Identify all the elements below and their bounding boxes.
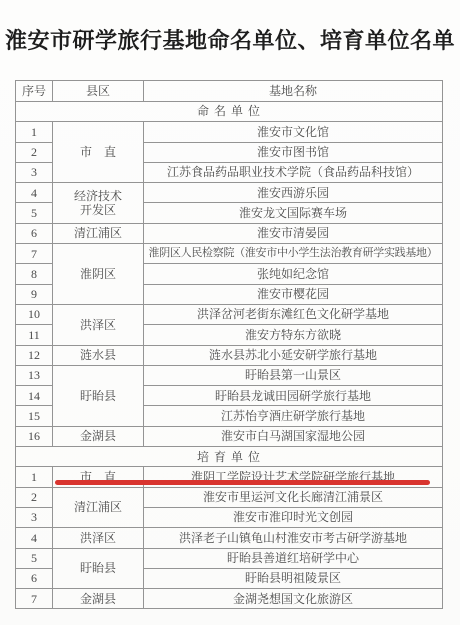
header-cell-name: 基地名称: [144, 81, 443, 102]
cell-district: 清江浦区: [53, 223, 144, 243]
table-row: 4洪泽区洪泽老子山镇龟山村淮安市考古研学游基地: [16, 528, 443, 548]
cell-name: 盱眙县善道红培研学中心: [144, 548, 443, 568]
cell-name: 淮安市樱花园: [144, 284, 443, 304]
table-row: 7淮阴区淮阴区人民检察院（淮安市中小学生法治教育研学实践基地）: [16, 244, 443, 264]
table-row: 13盱眙县盱眙县第一山景区: [16, 365, 443, 385]
cell-no: 5: [16, 203, 53, 223]
cell-name: 涟水县苏北小延安研学旅行基地: [144, 345, 443, 365]
cell-no: 7: [16, 589, 53, 609]
cell-no: 6: [16, 568, 53, 588]
cell-no: 2: [16, 487, 53, 507]
cell-name: 淮安市文化馆: [144, 122, 443, 142]
cell-no: 4: [16, 183, 53, 203]
cell-no: 1: [16, 122, 53, 142]
cell-name: 淮安市图书馆: [144, 142, 443, 162]
cell-name: 金湖尧想国文化旅游区: [144, 589, 443, 609]
table-row: 12涟水县涟水县苏北小延安研学旅行基地: [16, 345, 443, 365]
cell-name: 淮阴区人民检察院（淮安市中小学生法治教育研学实践基地）: [144, 244, 443, 264]
cell-name: 淮安西游乐园: [144, 183, 443, 203]
cell-name: 淮安市里运河文化长廊清江浦景区: [144, 487, 443, 507]
cell-district: 盱眙县: [53, 548, 144, 589]
cell-name: 江苏食品药品职业技术学院（食品药品科技馆）: [144, 162, 443, 182]
cell-no: 12: [16, 345, 53, 365]
table-row: 1市 直淮安市文化馆: [16, 122, 443, 142]
cell-name: 张纯如纪念馆: [144, 264, 443, 284]
table-row: 5盱眙县盱眙县善道红培研学中心: [16, 548, 443, 568]
header-cell-no: 序号: [16, 81, 53, 102]
cell-no: 15: [16, 406, 53, 426]
table-row: 4经济技术 开发区淮安西游乐园: [16, 183, 443, 203]
page-title: 淮安市研学旅行基地命名单位、培育单位名单: [0, 24, 460, 55]
table-header-row: 序号 县区 基地名称: [16, 81, 443, 102]
cell-no: 13: [16, 365, 53, 385]
red-underline: [55, 480, 430, 485]
section-row: 命 名 单 位: [16, 102, 443, 122]
cell-district: 盱眙县: [53, 365, 144, 426]
cell-name: 盱眙县第一山景区: [144, 365, 443, 385]
document-page: 淮安市研学旅行基地命名单位、培育单位名单 序号 县区 基地名称 命 名 单 位1…: [0, 0, 460, 625]
cell-no: 9: [16, 284, 53, 304]
cell-name: 淮安方特东方欲晓: [144, 325, 443, 345]
cell-name: 淮安龙文国际赛车场: [144, 203, 443, 223]
cell-no: 11: [16, 325, 53, 345]
table-row: 16金湖县淮安市白马湖国家湿地公园: [16, 426, 443, 446]
cell-no: 10: [16, 304, 53, 324]
cell-district: 涟水县: [53, 345, 144, 365]
cell-no: 7: [16, 244, 53, 264]
table-row: 10洪泽区洪泽岔河老街东滩红色文化研学基地: [16, 304, 443, 324]
cell-district: 洪泽区: [53, 304, 144, 345]
base-table: 序号 县区 基地名称 命 名 单 位1市 直淮安市文化馆2淮安市图书馆3江苏食品…: [15, 80, 443, 609]
cell-district: 洪泽区: [53, 528, 144, 548]
cell-name: 洪泽老子山镇龟山村淮安市考古研学游基地: [144, 528, 443, 548]
table-row: 2清江浦区淮安市里运河文化长廊清江浦景区: [16, 487, 443, 507]
cell-no: 3: [16, 507, 53, 527]
cell-name: 淮安市白马湖国家湿地公园: [144, 426, 443, 446]
cell-name: 淮安市淮印时光文创园: [144, 507, 443, 527]
cell-no: 14: [16, 386, 53, 406]
cell-name: 淮安市清晏园: [144, 223, 443, 243]
cell-district: 金湖县: [53, 589, 144, 609]
cell-no: 3: [16, 162, 53, 182]
cell-no: 2: [16, 142, 53, 162]
cell-district: 清江浦区: [53, 487, 144, 528]
cell-no: 6: [16, 223, 53, 243]
cell-no: 16: [16, 426, 53, 446]
base-table-body: 命 名 单 位1市 直淮安市文化馆2淮安市图书馆3江苏食品药品职业技术学院（食品…: [16, 102, 443, 609]
cell-district: 市 直: [53, 122, 144, 183]
section-row: 培 育 单 位: [16, 447, 443, 467]
cell-no: 1: [16, 467, 53, 487]
cell-district: 金湖县: [53, 426, 144, 446]
cell-district: 淮阴区: [53, 244, 144, 305]
table-row: 6清江浦区淮安市清晏园: [16, 223, 443, 243]
table-row: 7金湖县金湖尧想国文化旅游区: [16, 589, 443, 609]
cell-district: 经济技术 开发区: [53, 183, 144, 224]
cell-name: 洪泽岔河老街东滩红色文化研学基地: [144, 304, 443, 324]
section-header-1: 命 名 单 位: [16, 102, 443, 122]
section-header-2: 培 育 单 位: [16, 447, 443, 467]
cell-name: 盱眙县龙诚田园研学旅行基地: [144, 386, 443, 406]
cell-no: 5: [16, 548, 53, 568]
cell-name: 盱眙县明祖陵景区: [144, 568, 443, 588]
header-cell-district: 县区: [53, 81, 144, 102]
cell-name: 江苏怡亨酒庄研学旅行基地: [144, 406, 443, 426]
cell-no: 8: [16, 264, 53, 284]
cell-no: 4: [16, 528, 53, 548]
